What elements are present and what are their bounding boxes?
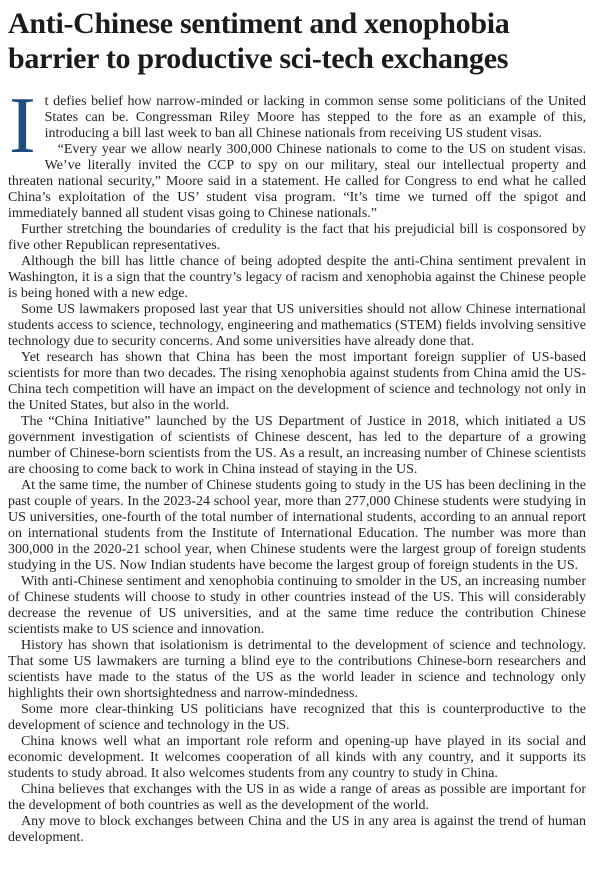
article-paragraph: With anti-Chinese sentiment and xenophob… [8, 574, 586, 638]
article-paragraph: Although the bill has little chance of b… [8, 254, 586, 302]
article-paragraph: Any move to block exchanges between Chin… [8, 814, 586, 846]
article-paragraph: Some more clear-thinking US politicians … [8, 702, 586, 734]
article-paragraph: At the same time, the number of Chinese … [8, 478, 586, 574]
headline-line-2: barrier to productive sci-tech exchanges [8, 41, 586, 76]
article-paragraph: t defies belief how narrow-minded or lac… [8, 94, 586, 142]
article-paragraph: China knows well what an important role … [8, 734, 586, 782]
article-paragraph: China believes that exchanges with the U… [8, 782, 586, 814]
article-page: Anti-Chinese sentiment and xenophobia ba… [0, 0, 594, 882]
article-paragraph: Yet research has shown that China has be… [8, 350, 586, 414]
article-paragraph: “Every year we allow nearly 300,000 Chin… [8, 142, 586, 222]
article-paragraph: Some US lawmakers proposed last year tha… [8, 302, 586, 350]
headline: Anti-Chinese sentiment and xenophobia ba… [8, 6, 586, 76]
article-paragraph: Further stretching the boundaries of cre… [8, 222, 586, 254]
drop-cap: I [8, 94, 45, 160]
article-body: I t defies belief how narrow-minded or l… [8, 94, 586, 846]
article-paragraph: The “China Initiative” launched by the U… [8, 414, 586, 478]
headline-line-1: Anti-Chinese sentiment and xenophobia [8, 6, 586, 41]
article-paragraph: History has shown that isolationism is d… [8, 638, 586, 702]
